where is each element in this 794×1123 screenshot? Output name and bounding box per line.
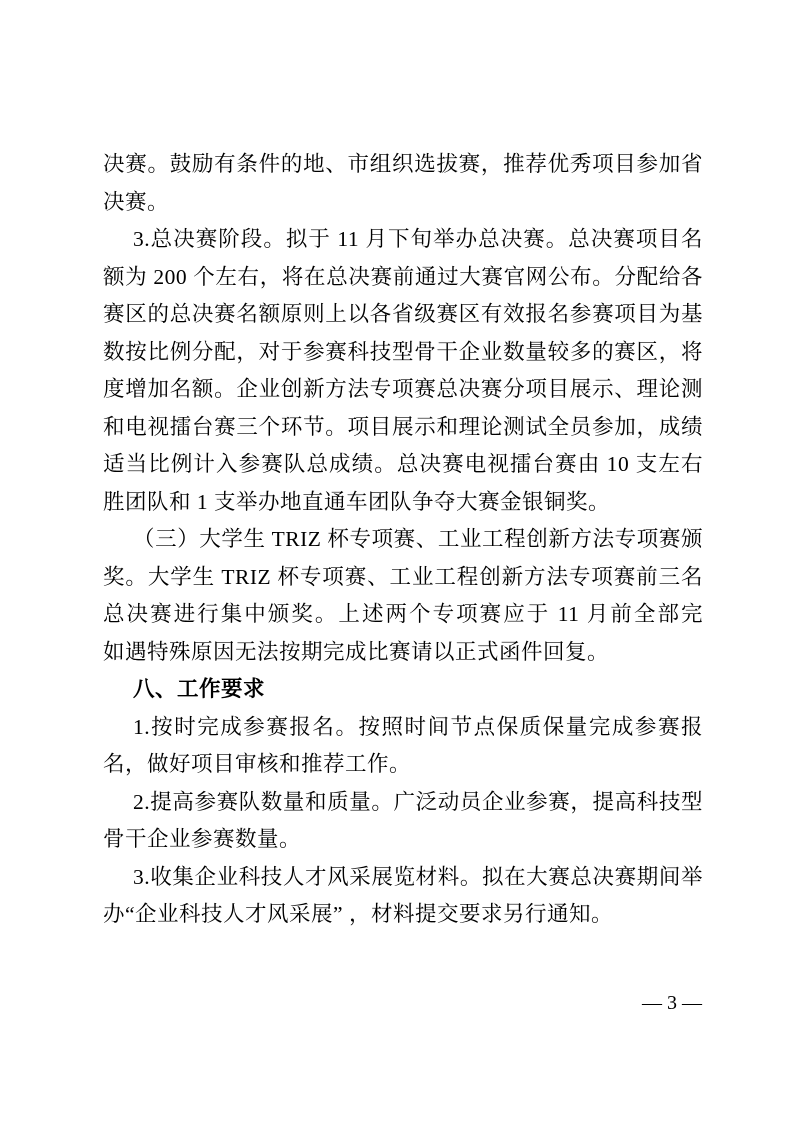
text-line: 决赛。鼓励有条件的地、市组织选拔赛，推荐优秀项目参加省级 [103,146,703,184]
section-heading: 八、工作要求 [103,671,703,709]
text-line: 和电视擂台赛三个环节。项目展示和理论测试全员参加，成绩以 [103,409,703,447]
text-line: 额为 200 个左右，将在总决赛前通过大赛官网公布。分配给各省 [103,259,703,297]
text-line: 奖。大学生 TRIZ 杯专项赛、工业工程创新方法专项赛前三名在 [103,559,703,597]
text-line: 1.按时完成参赛报名。按照时间节点保质保量完成参赛报 [103,709,703,747]
page-number: — 3 — [642,988,702,1018]
document-body: 决赛。鼓励有条件的地、市组织选拔赛，推荐优秀项目参加省级决赛。3.总决赛阶段。拟… [103,146,703,934]
text-line: （三）大学生 TRIZ 杯专项赛、工业工程创新方法专项赛颁 [103,521,703,559]
text-line: 名，做好项目审核和推荐工作。 [103,746,703,784]
text-line: 3.总决赛阶段。拟于 11 月下旬举办总决赛。总决赛项目名 [103,221,703,259]
text-line: 胜团队和 1 支举办地直通车团队争夺大赛金银铜奖。 [103,484,703,522]
text-line: 度增加名额。企业创新方法专项赛总决赛分项目展示、理论测试 [103,371,703,409]
text-line: 2.提高参赛队数量和质量。广泛动员企业参赛，提高科技型 [103,784,703,822]
text-line: 骨干企业参赛数量。 [103,821,703,859]
text-line: 决赛。 [103,184,703,222]
document-page: 决赛。鼓励有条件的地、市组织选拔赛，推荐优秀项目参加省级决赛。3.总决赛阶段。拟… [0,0,794,1123]
text-line: 数按比例分配，对于参赛科技型骨干企业数量较多的赛区，将适 [103,334,703,372]
text-line: 总决赛进行集中颁奖。上述两个专项赛应于 11 月前全部完成， [103,596,703,634]
text-line: 适当比例计入参赛队总成绩。总决赛电视擂台赛由 10 支左右优 [103,446,703,484]
text-line: 办“企业科技人才风采展” ，材料提交要求另行通知。 [103,896,703,934]
text-line: 赛区的总决赛名额原则上以各省级赛区有效报名参赛项目为基 [103,296,703,334]
text-line: 3.收集企业科技人才风采展览材料。拟在大赛总决赛期间举 [103,859,703,897]
text-line: 如遇特殊原因无法按期完成比赛请以正式函件回复。 [103,634,703,672]
